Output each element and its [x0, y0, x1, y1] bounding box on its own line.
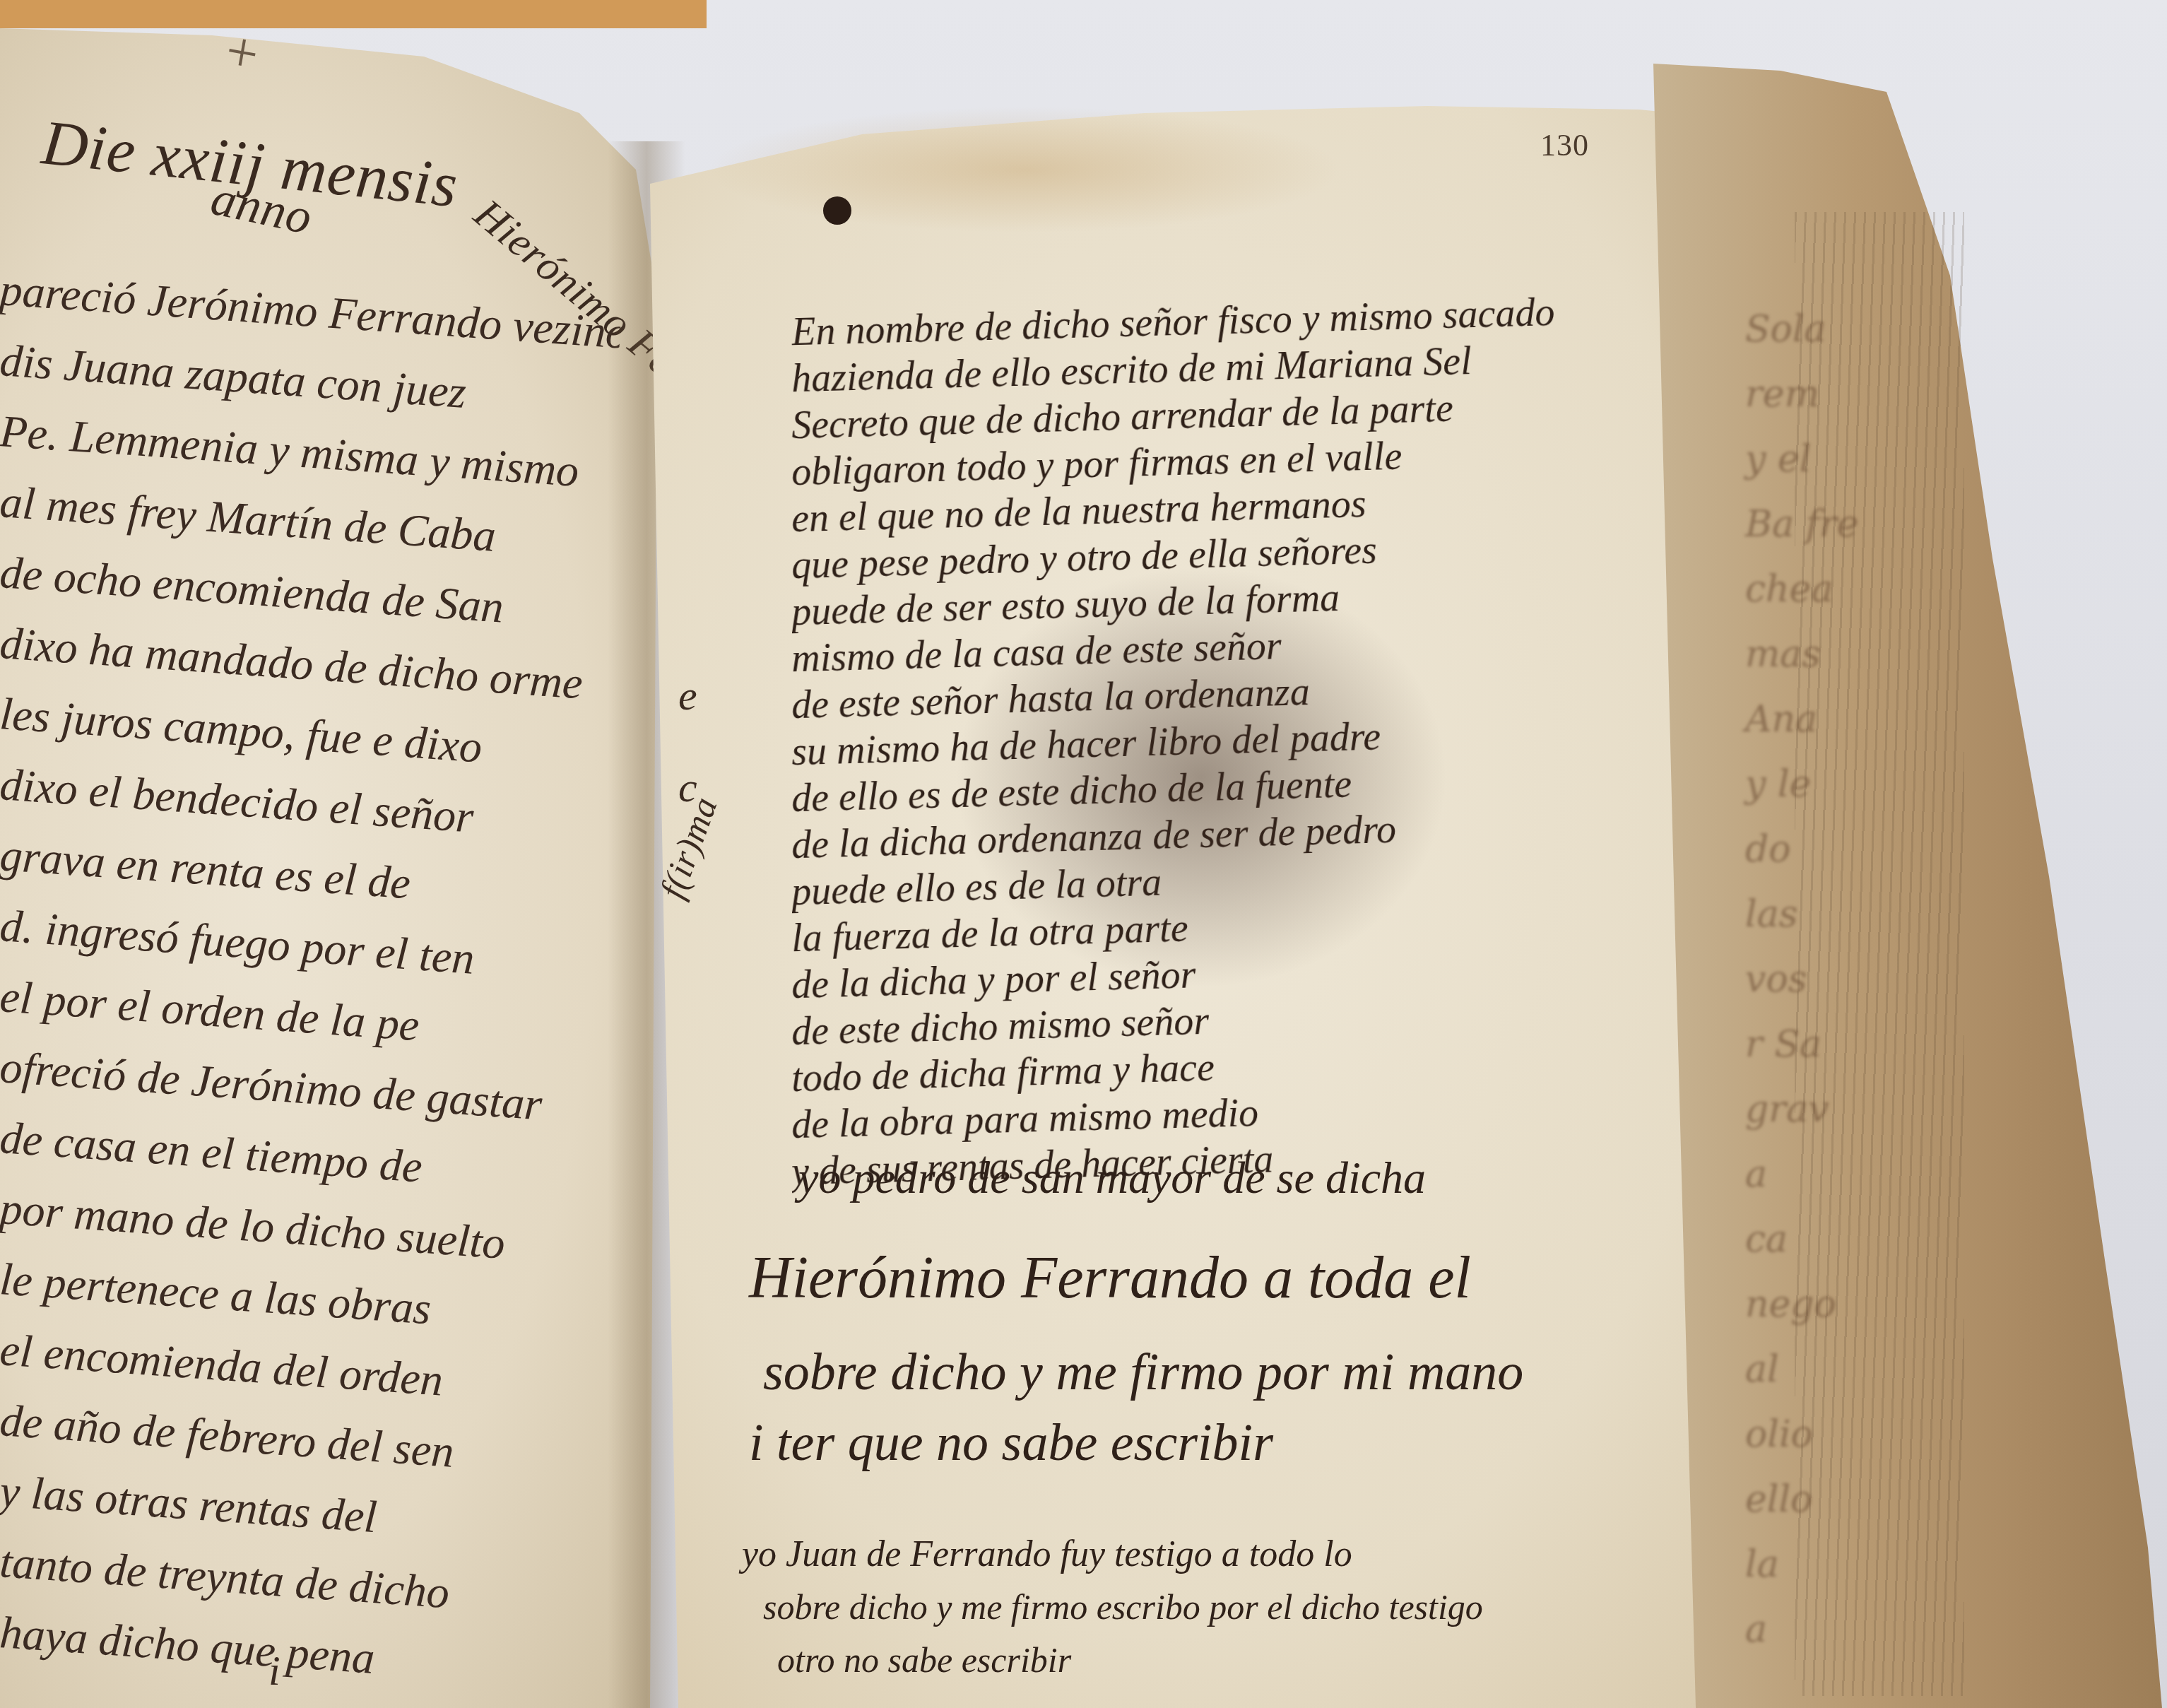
manuscript-photo: + Die xxiij mensis anno Hierónimo Ferran…: [0, 0, 2167, 1708]
fore-fragment: Ana: [1745, 687, 1901, 752]
signature-entry: sobre dicho y me firmo por mi mano: [763, 1343, 1523, 1403]
signature-entry: yo Juan de Ferrando fuy testigo a todo l…: [742, 1533, 1352, 1575]
fore-fragment: y le: [1745, 752, 1901, 817]
margin-note: e: [678, 671, 698, 720]
fore-fragment: r Sa: [1745, 1012, 1901, 1077]
fore-fragment: la: [1745, 1532, 1901, 1597]
folio-number: 130: [1540, 127, 1589, 163]
fore-fragment: mas: [1745, 622, 1901, 687]
fore-fragment: ca: [1745, 1207, 1901, 1272]
fore-fragment: Ba fre: [1745, 492, 1901, 557]
fore-fragment: rem: [1745, 362, 1901, 427]
fore-fragment: a: [1745, 1142, 1901, 1207]
fore-fragment: las: [1745, 882, 1901, 947]
left-bottom-mark: i: [268, 1647, 281, 1695]
fore-fragment: nego: [1745, 1272, 1901, 1337]
signature-entry: i ter que no sabe escribir: [749, 1413, 1273, 1473]
water-stain: [707, 106, 1342, 233]
fore-fragment: chea: [1745, 557, 1901, 622]
fore-fragment: al: [1745, 1337, 1901, 1402]
ink-dot: [823, 196, 851, 225]
fore-fragment: grav: [1745, 1077, 1901, 1142]
wooden-surface-edge: [0, 0, 707, 28]
fore-fragment: olio: [1745, 1402, 1901, 1467]
signature-entry: yo pedro de san mayor de se dicha: [798, 1152, 1426, 1204]
fore-fragment: a: [1745, 1597, 1901, 1662]
signature-entry: otro no sabe escribir: [777, 1639, 1071, 1680]
fore-fragment: do: [1745, 817, 1901, 882]
signature-entry: sobre dicho y me firmo escribo por el di…: [763, 1586, 1483, 1627]
fore-fragment: Sola: [1745, 297, 1901, 362]
fore-edge-text: Sola rem y el Ba fre chea mas Ana y le d…: [1745, 297, 1901, 1662]
fore-fragment: y el: [1745, 427, 1901, 492]
left-page-text: pareció Jerónimo Ferrando vezino dis Jua…: [0, 254, 622, 1668]
fore-fragment: vos: [1745, 947, 1901, 1012]
ink-smudge: [954, 565, 1448, 989]
signature-entry: Hierónimo Ferrando a toda el: [749, 1244, 1471, 1312]
fore-fragment: ello: [1745, 1467, 1901, 1532]
